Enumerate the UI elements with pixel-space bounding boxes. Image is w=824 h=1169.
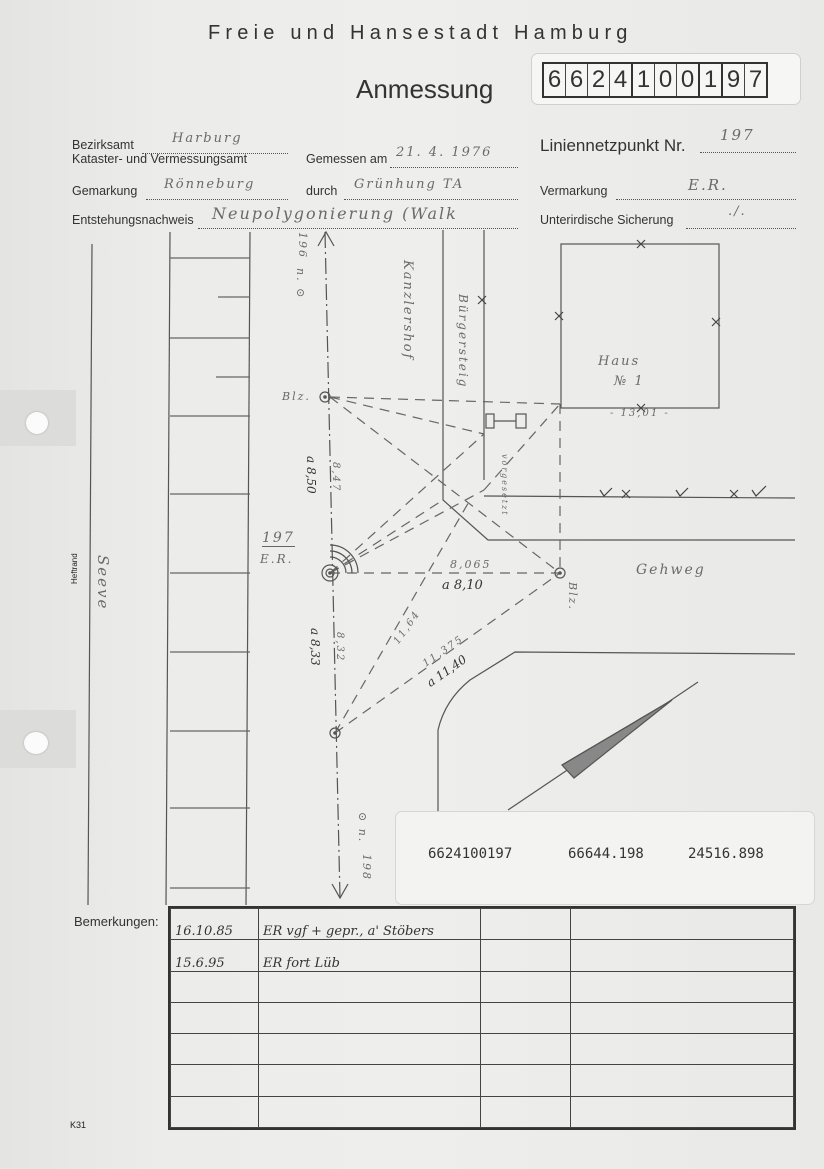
label-blz-top: Blz. — [282, 390, 311, 403]
coordinate-x: 66644.198 — [568, 846, 644, 862]
remarks-cell[interactable] — [171, 1002, 259, 1033]
remarks-cell[interactable] — [259, 971, 481, 1002]
remarks-cell[interactable] — [571, 909, 794, 940]
label-point-197: 197 — [262, 530, 295, 547]
label-kanzlershof: Kanzlershof — [400, 260, 415, 360]
remarks-row — [171, 1034, 794, 1065]
remarks-cell[interactable] — [259, 1096, 481, 1127]
remarks-cell[interactable] — [259, 1002, 481, 1033]
label-house-dimension: - 13,01 - — [610, 408, 670, 419]
remarks-cell[interactable] — [571, 1096, 794, 1127]
remarks-label: Bemerkungen: — [74, 914, 159, 929]
label-north-top: n. ⊙ — [294, 268, 307, 299]
label-north-bottom: ⊙ n. — [356, 812, 369, 843]
remarks-cell[interactable] — [481, 1065, 571, 1096]
remarks-cell[interactable] — [171, 1065, 259, 1096]
remarks-cell[interactable] — [481, 1002, 571, 1033]
label-vorgesetzt: vorgesetzt — [500, 454, 509, 517]
remarks-row: 15.6.95ER fort Lüb — [171, 940, 794, 971]
label-buergersteig: Bürgersteig — [456, 294, 470, 388]
measure-vertical-lower-a: a 8,33 — [308, 628, 322, 666]
heftrand-label: Heftrand — [70, 553, 79, 584]
remarks-cell[interactable] — [571, 940, 794, 971]
label-gehweg: Gehweg — [636, 562, 706, 578]
remarks-row — [171, 1065, 794, 1096]
measure-vertical-upper-a: a 8,50 — [304, 456, 318, 494]
remarks-cell[interactable] — [571, 1065, 794, 1096]
form-code: K31 — [70, 1120, 86, 1130]
remarks-cell[interactable]: ER fort Lüb — [259, 940, 481, 971]
remarks-cell[interactable] — [481, 1096, 571, 1127]
remarks-row — [171, 1002, 794, 1033]
remarks-cell[interactable] — [571, 1034, 794, 1065]
remarks-cell[interactable] — [571, 971, 794, 1002]
measure-vertical-lower: 8,32 — [334, 632, 345, 662]
survey-form-sheet: Freie und Hansestadt Hamburg Anmessung 6… — [0, 0, 824, 1169]
remarks-cell[interactable] — [481, 940, 571, 971]
remarks-cell[interactable] — [171, 1096, 259, 1127]
label-north-bottom-number: 198 — [360, 854, 373, 881]
remarks-cell[interactable] — [481, 1034, 571, 1065]
remarks-cell[interactable]: 15.6.95 — [171, 940, 259, 971]
remarks-row — [171, 971, 794, 1002]
remarks-cell[interactable] — [171, 971, 259, 1002]
label-blz-right: Blz. — [566, 582, 579, 611]
measure-horizontal-a: a 8,10 — [442, 578, 483, 593]
label-seeve: Seeve — [94, 555, 112, 610]
remarks-cell[interactable] — [259, 1065, 481, 1096]
measure-horizontal: 8,065 — [450, 558, 492, 571]
coordinate-y: 24516.898 — [688, 846, 764, 862]
measure-vertical-upper: 8,47 — [330, 462, 341, 492]
coordinate-point-id: 6624100197 — [428, 846, 512, 862]
coordinate-label: 6624100197 66644.198 24516.898 — [396, 812, 814, 904]
remarks-cell[interactable] — [481, 971, 571, 1002]
remarks-cell[interactable]: ER vgf + gepr., a' Stöbers — [259, 909, 481, 940]
remarks-cell[interactable] — [171, 1034, 259, 1065]
seeve-edge-line — [88, 244, 92, 905]
label-north-top-number: 196 — [296, 232, 309, 259]
label-house-number: № 1 — [614, 374, 645, 389]
remarks-cell[interactable]: 16.10.85 — [171, 909, 259, 940]
remarks-cell[interactable] — [571, 1002, 794, 1033]
remarks-table: 16.10.85ER vgf + gepr., a' Stöbers15.6.9… — [168, 906, 796, 1130]
remarks-row: 16.10.85ER vgf + gepr., a' Stöbers — [171, 909, 794, 940]
label-point-197-mark: E.R. — [260, 552, 293, 566]
label-house: Haus — [598, 354, 640, 369]
remarks-row — [171, 1096, 794, 1127]
remarks-cell[interactable] — [481, 909, 571, 940]
remarks-cell[interactable] — [259, 1034, 481, 1065]
